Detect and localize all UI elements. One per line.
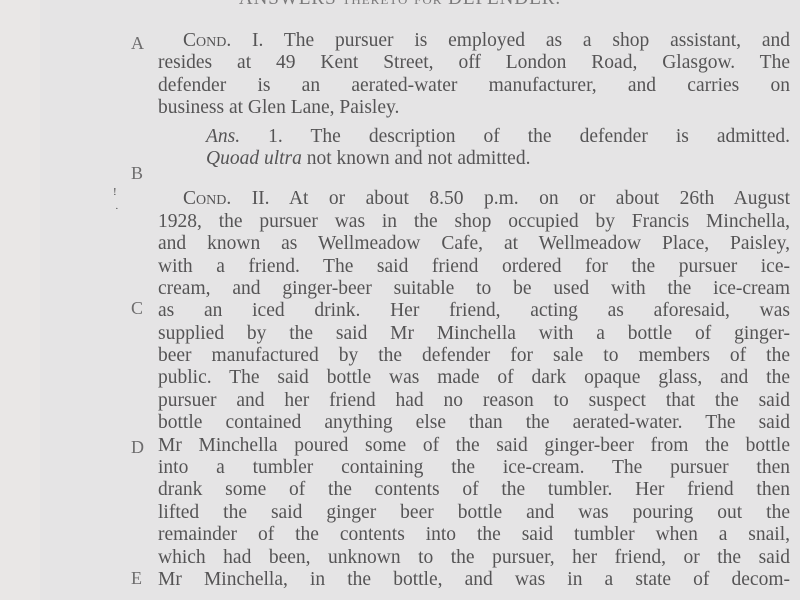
text-line: public. The said bottle was made of dark… (158, 367, 790, 389)
text-fragment: The pursuer is employed as a shop assist… (284, 30, 790, 51)
ink-speck: · (115, 203, 119, 215)
text-fragment: At or about 8.50 p.m. on or about 26th A… (289, 188, 790, 209)
latin-phrase: Quoad ultra (206, 148, 302, 169)
text-line: as an iced drink. Her friend, acting as … (158, 300, 790, 322)
cond-number: I. (252, 30, 263, 51)
text-fragment: not known and not admitted. (307, 148, 531, 169)
text-line: Cond. I. The pursuer is employed as a sh… (158, 30, 790, 52)
margin-letter-c: C (131, 298, 143, 319)
text-fragment: The description of the defender is admit… (310, 126, 790, 147)
condescendence-1: Cond. I. The pursuer is employed as a sh… (158, 30, 790, 120)
text-line: and known as Wellmeadow Cafe, at Wellmea… (158, 233, 790, 255)
text-line: 1928, the pursuer was in the shop occupi… (158, 211, 790, 233)
text-line: resides at 49 Kent Street, off London Ro… (158, 52, 790, 74)
margin-letter-b: B (131, 163, 143, 184)
text-line: Mr Minchella, in the bottle, and was in … (158, 569, 790, 591)
text-line: remainder of the contents into the said … (158, 524, 790, 546)
text-line: with a friend. The said friend ordered f… (158, 256, 790, 278)
margin-letter-a: A (131, 33, 144, 54)
cond-label: Cond. (183, 30, 231, 51)
page-margin-strip (0, 0, 40, 600)
spacer (158, 170, 790, 188)
ans-number: 1. (268, 126, 283, 147)
document-body: Cond. I. The pursuer is employed as a sh… (158, 30, 790, 591)
margin-letter-e: E (131, 568, 142, 589)
condescendence-2: Cond. II. At or about 8.50 p.m. on or ab… (158, 188, 790, 591)
text-line: business at Glen Lane, Paisley. (158, 97, 790, 119)
text-line: which had been, unknown to the pursuer, … (158, 547, 790, 569)
answer-1: Ans. 1. The description of the defender … (158, 126, 790, 171)
text-line: Cond. II. At or about 8.50 p.m. on or ab… (158, 188, 790, 210)
text-line: Mr Minchella poured some of the said gin… (158, 435, 790, 457)
cond-label: Cond. (183, 188, 231, 209)
cond-number: II. (252, 188, 270, 209)
text-line: into a tumbler containing the ice-cream.… (158, 457, 790, 479)
text-line: Ans. 1. The description of the defender … (158, 126, 790, 148)
text-line: drank some of the contents of the tumble… (158, 479, 790, 501)
text-line: beer manufactured by the defender for sa… (158, 345, 790, 367)
text-line: Quoad ultra not known and not admitted. (158, 148, 790, 170)
text-line: bottle contained anything else than the … (158, 412, 790, 434)
ink-speck: ! (113, 186, 117, 198)
text-line: defender is an aerated-water manufacture… (158, 75, 790, 97)
page-header: ANSWERS thereto for DEFENDER. (0, 0, 800, 10)
text-line: supplied by the said Mr Minchella with a… (158, 323, 790, 345)
text-line: lifted the said ginger beer bottle and w… (158, 502, 790, 524)
ans-label: Ans. (206, 126, 240, 147)
text-line: cream, and ginger-beer suitable to be us… (158, 278, 790, 300)
margin-letter-d: D (131, 437, 144, 458)
text-line: pursuer and her friend had no reason to … (158, 390, 790, 412)
